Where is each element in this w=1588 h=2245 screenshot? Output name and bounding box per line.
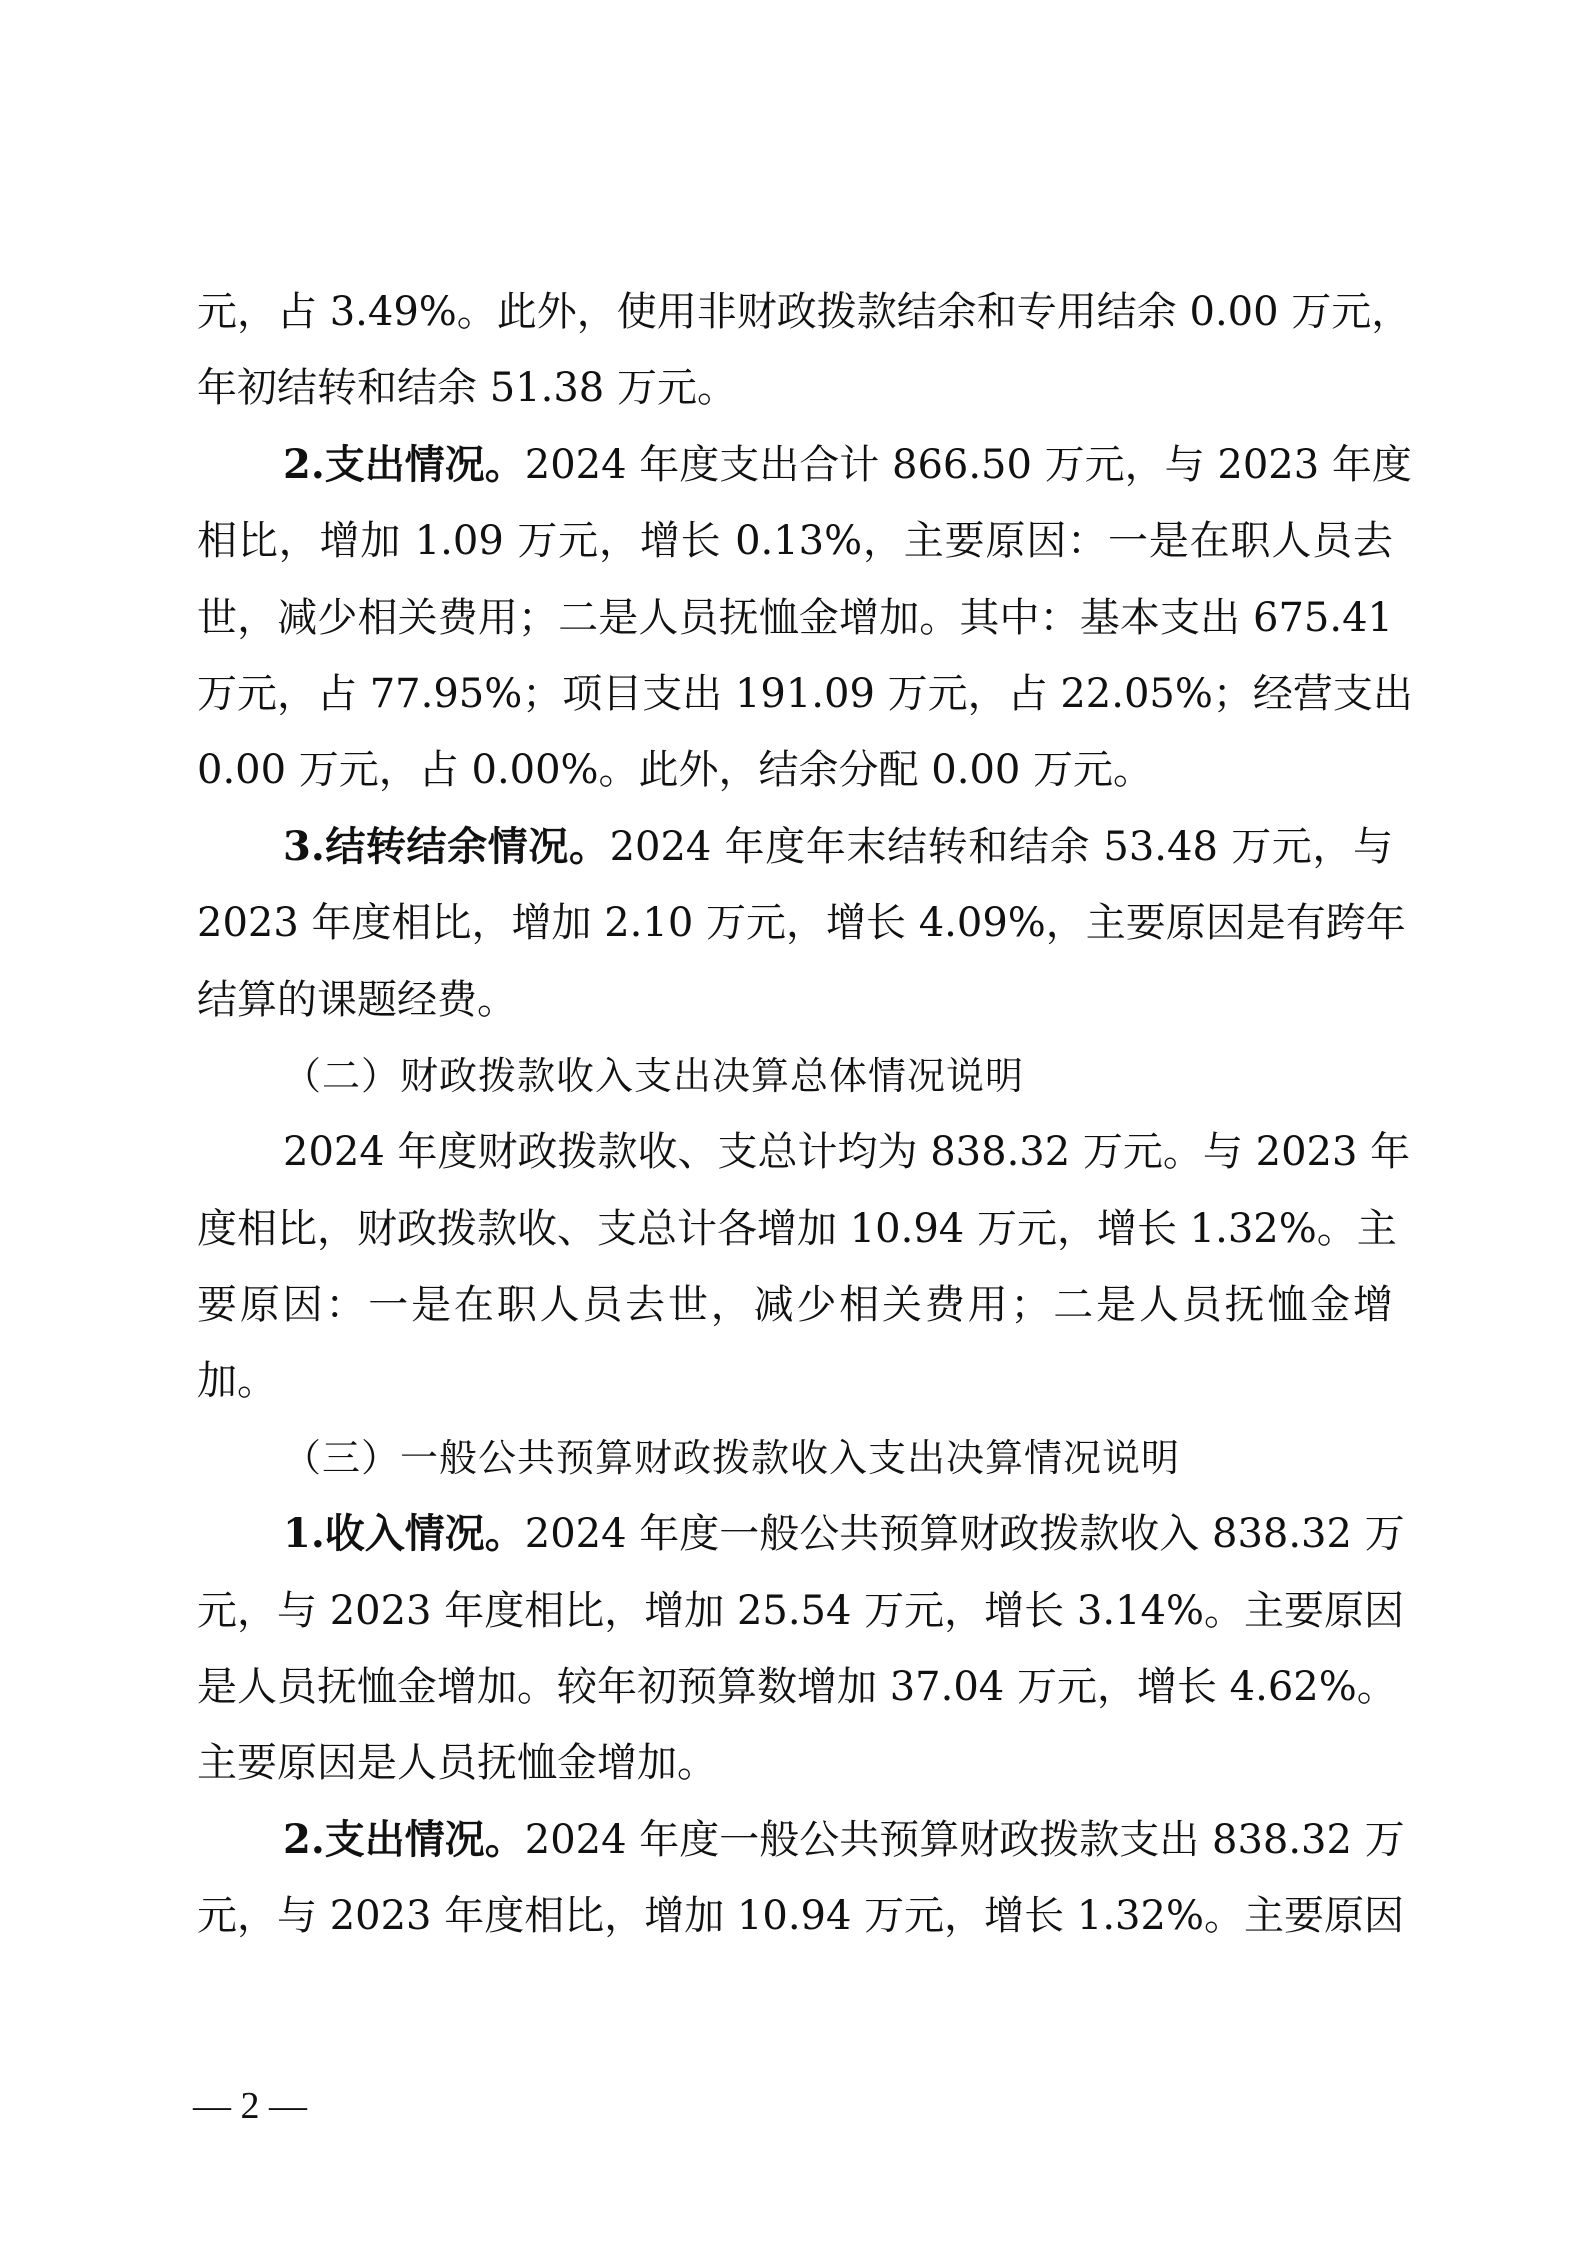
text-line: 加。 [197, 1343, 1393, 1419]
text-line: 元，占 3.49%。此外，使用非财政拨款结余和专用结余 0.00 万元， [197, 274, 1393, 350]
paragraph-heading: 2.支出情况。 [283, 441, 525, 488]
text-line-with-heading: 2.支出情况。2024 年度支出合计 866.50 万元，与 2023 年度 [197, 427, 1393, 503]
text-line: 2023 年度相比，增加 2.10 万元，增长 4.09%，主要原因是有跨年 [197, 885, 1393, 961]
paragraph-heading: 1.收入情况。 [283, 1510, 525, 1557]
section-subheading: （三）一般公共预算财政拨款收入支出决算情况说明 [197, 1420, 1393, 1496]
text-line: 主要原因是人员抚恤金增加。 [197, 1725, 1393, 1801]
text-line: 相比，增加 1.09 万元，增长 0.13%，主要原因：一是在职人员去 [197, 503, 1393, 579]
paragraph-text: 2024 年度一般公共预算财政拨款支出 838.32 万 [525, 1817, 1405, 1863]
text-line: 元，与 2023 年度相比，增加 10.94 万元，增长 1.32%。主要原因 [197, 1878, 1393, 1954]
paragraph-text: 2024 年度年末结转和结余 53.48 万元，与 [610, 824, 1393, 870]
paragraph-heading: 3.结转结余情况。 [283, 823, 610, 870]
text-line: 世，减少相关费用；二是人员抚恤金增加。其中：基本支出 675.41 [197, 580, 1393, 656]
text-line: 0.00 万元，占 0.00%。此外，结余分配 0.00 万元。 [197, 732, 1393, 808]
paragraph-heading: 2.支出情况。 [283, 1816, 525, 1863]
section-subheading: （二）财政拨款收入支出决算总体情况说明 [197, 1038, 1393, 1114]
text-line-with-heading: 3.结转结余情况。2024 年度年末结转和结余 53.48 万元，与 [197, 809, 1393, 885]
text-line: 2024 年度财政拨款收、支总计均为 838.32 万元。与 2023 年 [197, 1114, 1393, 1190]
text-line-with-heading: 2.支出情况。2024 年度一般公共预算财政拨款支出 838.32 万 [197, 1802, 1393, 1878]
text-line: 要原因：一是在职人员去世，减少相关费用；二是人员抚恤金增 [197, 1267, 1393, 1343]
paragraph-text: 2024 年度一般公共预算财政拨款收入 838.32 万 [525, 1511, 1405, 1557]
text-line: 结算的课题经费。 [197, 962, 1393, 1038]
document-page: 元，占 3.49%。此外，使用非财政拨款结余和专用结余 0.00 万元， 年初结… [197, 274, 1393, 1955]
text-line: 万元，占 77.95%；项目支出 191.09 万元，占 22.05%；经营支出 [197, 656, 1393, 732]
text-line: 元，与 2023 年度相比，增加 25.54 万元，增长 3.14%。主要原因 [197, 1573, 1393, 1649]
text-line-with-heading: 1.收入情况。2024 年度一般公共预算财政拨款收入 838.32 万 [197, 1496, 1393, 1572]
text-line: 年初结转和结余 51.38 万元。 [197, 350, 1393, 426]
text-line: 是人员抚恤金增加。较年初预算数增加 37.04 万元，增长 4.62%。 [197, 1649, 1393, 1725]
page-number: — 2 — [193, 2080, 307, 2132]
text-line: 度相比，财政拨款收、支总计各增加 10.94 万元，增长 1.32%。主 [197, 1191, 1393, 1267]
paragraph-text: 2024 年度支出合计 866.50 万元，与 2023 年度 [525, 442, 1412, 488]
